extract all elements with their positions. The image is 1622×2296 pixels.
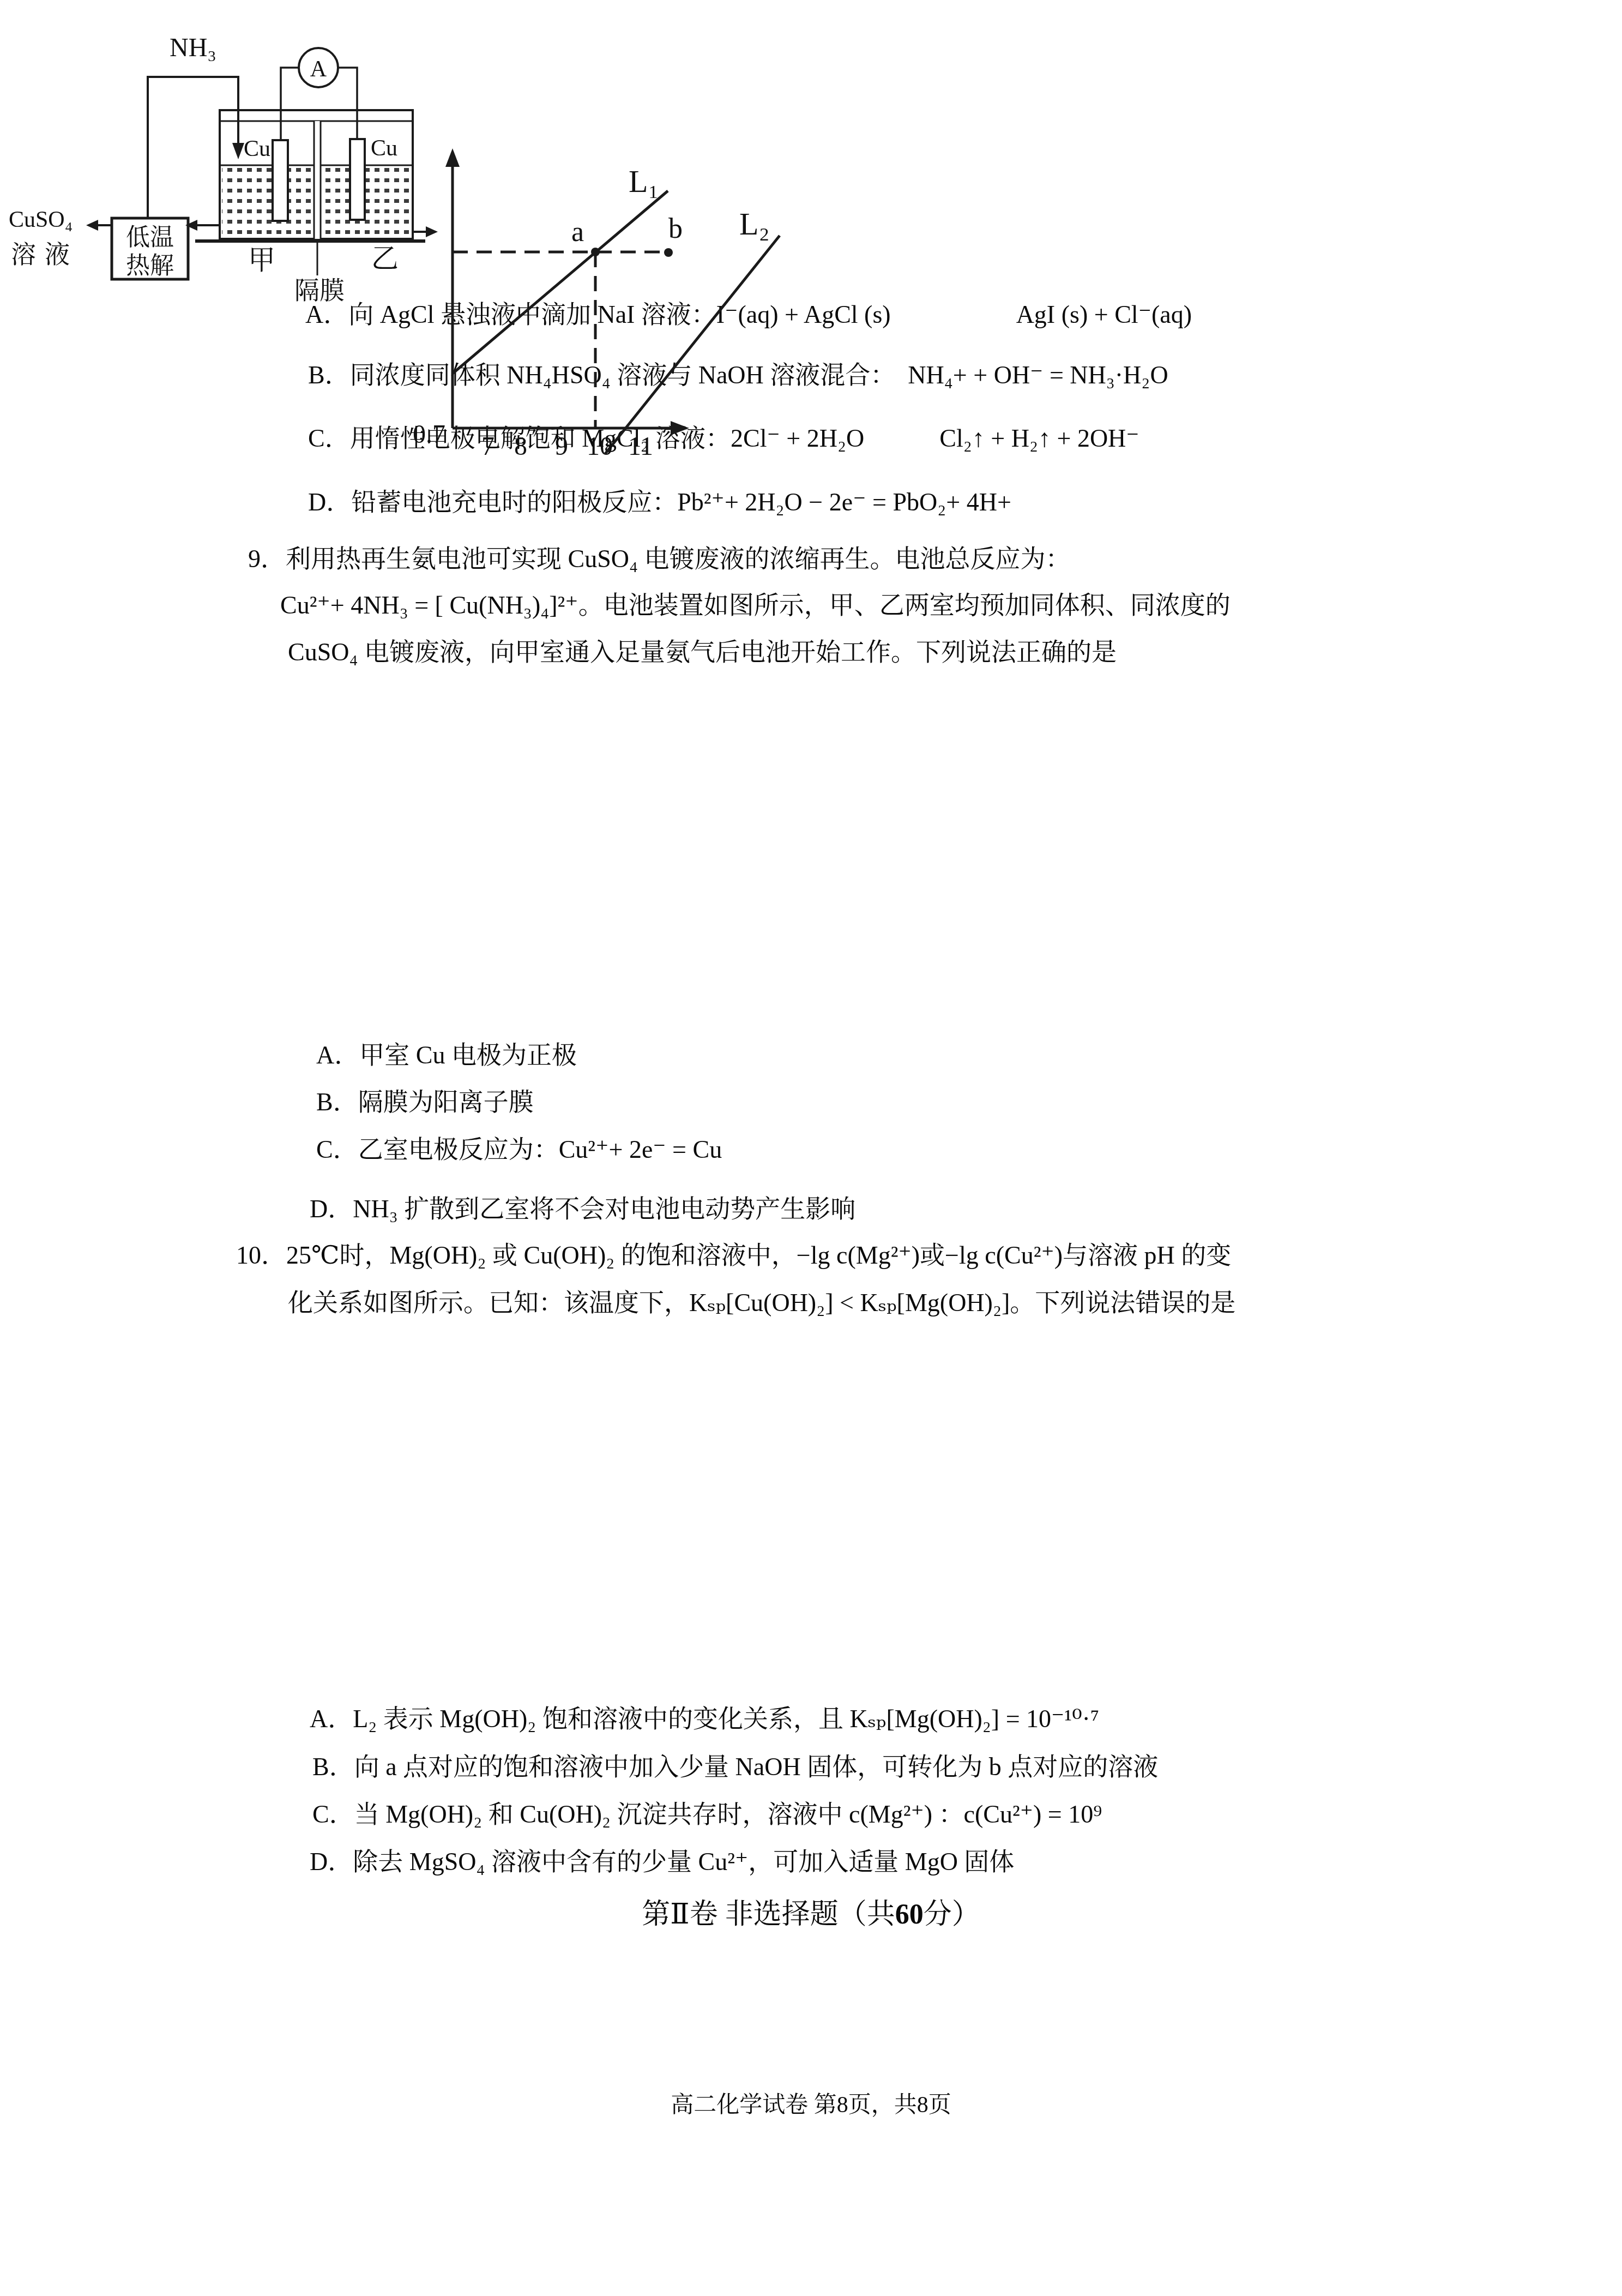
q8-option-b: B．同浓度同体积 NH₄HSO₄ 溶液与 NaOH 溶液混合： NH₄+ + O… <box>308 360 1168 390</box>
cell-diagram: NH₃ A Cu Cu 甲 乙 隔膜 <box>9 33 438 304</box>
point-a <box>591 248 600 256</box>
pyrolysis-label-line2: 热解 <box>126 253 174 279</box>
page-footer: 高二化学试卷 第8页，共8页 <box>0 2087 1622 2119</box>
q9-stem-line1: 9．利用热再生氨电池可实现 CuSO₄ 电镀废液的浓缩再生。电池总反应为： <box>248 544 1071 574</box>
solution-label: 溶液 <box>11 241 79 268</box>
footer-doc-label: 高二化学试卷 <box>671 2093 808 2118</box>
chamber-left-label: 甲 <box>248 245 275 275</box>
footer-page-info: 第8页，共8页 <box>814 2093 951 2118</box>
cu-left-label: Cu <box>244 136 270 161</box>
electrode-right <box>350 139 365 220</box>
wire-right <box>338 68 357 140</box>
cell-outline <box>220 110 413 239</box>
q10-stem-line2: 化关系如图所示。已知：该温度下，Kₛₚ[Cu(OH)₂] < Kₛₚ[Mg(OH… <box>288 1288 1235 1318</box>
pyrolysis-label-line1: 低温 <box>126 224 174 251</box>
y-axis-arrow-icon <box>445 148 460 167</box>
q8-option-b-label: B． <box>308 361 350 389</box>
q8-option-a-label: A． <box>305 300 348 328</box>
q9-stem-line2: Cu²⁺+ 4NH₃ = [ Cu(NH₃)₄]²⁺。电池装置如图所示，甲、乙两… <box>280 590 1231 621</box>
q9-option-b-text: 隔膜为阳离子膜 <box>358 1088 534 1116</box>
q8-option-c-label: C． <box>308 424 350 452</box>
q9-option-d-label: D． <box>310 1195 353 1223</box>
q9-option-c: C．乙室电极反应为：Cu²⁺+ 2e⁻ = Cu <box>316 1134 722 1165</box>
electrode-left <box>273 140 288 221</box>
q10-option-a: A．L₂ 表示 Mg(OH)₂ 饱和溶液中的变化关系，且 Kₛₚ[Mg(OH)₂… <box>310 1704 1099 1734</box>
q10-option-a-label: A． <box>310 1705 353 1733</box>
section2-header-score: 60 <box>895 1899 924 1930</box>
q9-option-a-text: 甲室 Cu 电极为正极 <box>359 1041 577 1069</box>
arrow-left-icon2 <box>185 220 197 231</box>
line-L1-label: L₁ <box>629 164 659 199</box>
q9-option-b: B．隔膜为阳离子膜 <box>316 1087 534 1117</box>
q10-option-c-label: C． <box>312 1800 354 1828</box>
arrow-right-icon <box>426 226 438 237</box>
point-b-label: b <box>668 213 683 244</box>
q9-option-c-label: C． <box>316 1135 358 1163</box>
q10-option-d-text: 除去 MgSO₄ 溶液中含有的少量 Cu²⁺，可加入适量 MgO 固体 <box>353 1848 1014 1876</box>
nh3-label: NH₃ <box>170 33 216 62</box>
q9-option-a: A．甲室 Cu 电极为正极 <box>316 1040 577 1071</box>
q8-option-d-text: 铅蓄电池充电时的阳极反应：Pb²⁺+ 2H₂O − 2e⁻ = PbO₂+ 4H… <box>351 488 1011 516</box>
section2-header-prefix: 第Ⅱ卷 非选择题（共 <box>642 1899 895 1930</box>
wire-left <box>281 68 299 141</box>
q9-option-d: D．NH₃ 扩散到乙室将不会对电池电动势产生影响 <box>310 1194 855 1224</box>
exam-page: A．向 AgCl 悬浊液中滴加 NaI 溶液：I⁻(aq) + AgCl (s)… <box>0 0 1622 2296</box>
cuso4-label: CuSO₄ <box>9 207 73 232</box>
chamber-right-label: 乙 <box>371 243 399 274</box>
nh3-pipe <box>148 77 238 218</box>
q10-option-c: C．当 Mg(OH)₂ 和 Cu(OH)₂ 沉淀共存时，溶液中 c(Mg²⁺) … <box>312 1799 1102 1830</box>
q10-option-d-label: D． <box>310 1848 353 1876</box>
nh3-inlet-arrow-icon <box>232 143 244 159</box>
q10-option-c-text: 当 Mg(OH)₂ 和 Cu(OH)₂ 沉淀共存时，溶液中 c(Mg²⁺) ：c… <box>354 1800 1102 1828</box>
q10-stem-line1: 10．25℃时，Mg(OH)₂ 或 Cu(OH)₂ 的饱和溶液中，−lg c(M… <box>236 1240 1231 1271</box>
pyrolysis-box <box>112 218 188 279</box>
solution-right <box>322 167 411 237</box>
section2-header: 第Ⅱ卷 非选择题（共60分） <box>0 1891 1622 1932</box>
q8-option-c-text: 用惰性电极电解饱和 MgCl₂ 溶液：2Cl⁻ + 2H₂O Cl₂↑ + H₂… <box>350 424 1139 452</box>
cu-right-label: Cu <box>371 136 397 161</box>
arrow-left-icon <box>86 220 98 231</box>
line-L2-label: L₂ <box>739 206 770 242</box>
q10-option-d: D．除去 MgSO₄ 溶液中含有的少量 Cu²⁺，可加入适量 MgO 固体 <box>310 1847 1014 1877</box>
point-b <box>664 248 673 257</box>
q10-option-b: B．向 a 点对应的饱和溶液中加入少量 NaOH 固体，可转化为 b 点对应的溶… <box>312 1752 1158 1782</box>
q9-stem-line3: CuSO₄ 电镀废液，向甲室通入足量氨气后电池开始工作。下列说法正确的是 <box>288 637 1117 668</box>
membrane-gap <box>313 121 321 239</box>
q8-option-c: C．用惰性电极电解饱和 MgCl₂ 溶液：2Cl⁻ + 2H₂O Cl₂↑ + … <box>308 423 1139 454</box>
q8-option-d: D．铅蓄电池充电时的阳极反应：Pb²⁺+ 2H₂O − 2e⁻ = PbO₂+ … <box>308 487 1011 518</box>
point-a-label: a <box>571 217 584 248</box>
q8-option-d-label: D． <box>308 488 351 516</box>
q8-option-b-text: 同浓度同体积 NH₄HSO₄ 溶液与 NaOH 溶液混合： NH₄+ + OH⁻… <box>350 361 1168 389</box>
section2-header-suffix: 分） <box>924 1899 980 1930</box>
ammeter-icon <box>299 48 338 87</box>
q9-option-c-text: 乙室电极反应为：Cu²⁺+ 2e⁻ = Cu <box>358 1135 722 1163</box>
ammeter-label: A <box>310 57 327 82</box>
line-L1 <box>453 191 668 374</box>
line-L2 <box>605 236 780 454</box>
q9-option-b-label: B． <box>316 1088 358 1116</box>
q9-option-d-text: NH₃ 扩散到乙室将不会对电池电动势产生影响 <box>353 1195 855 1223</box>
q10-option-b-label: B． <box>312 1753 354 1781</box>
q10-option-b-text: 向 a 点对应的饱和溶液中加入少量 NaOH 固体，可转化为 b 点对应的溶液 <box>354 1753 1159 1781</box>
solution-left <box>222 167 312 237</box>
figures-layer: NH₃ A Cu Cu 甲 乙 隔膜 <box>0 0 851 480</box>
q8-option-a-text: 向 AgCl 悬浊液中滴加 NaI 溶液：I⁻(aq) + AgCl (s) A… <box>348 300 1192 328</box>
q10-option-a-text: L₂ 表示 Mg(OH)₂ 饱和溶液中的变化关系，且 Kₛₚ[Mg(OH)₂] … <box>353 1705 1099 1733</box>
q8-option-a: A．向 AgCl 悬浊液中滴加 NaI 溶液：I⁻(aq) + AgCl (s)… <box>305 299 1192 330</box>
q9-option-a-label: A． <box>316 1041 359 1069</box>
